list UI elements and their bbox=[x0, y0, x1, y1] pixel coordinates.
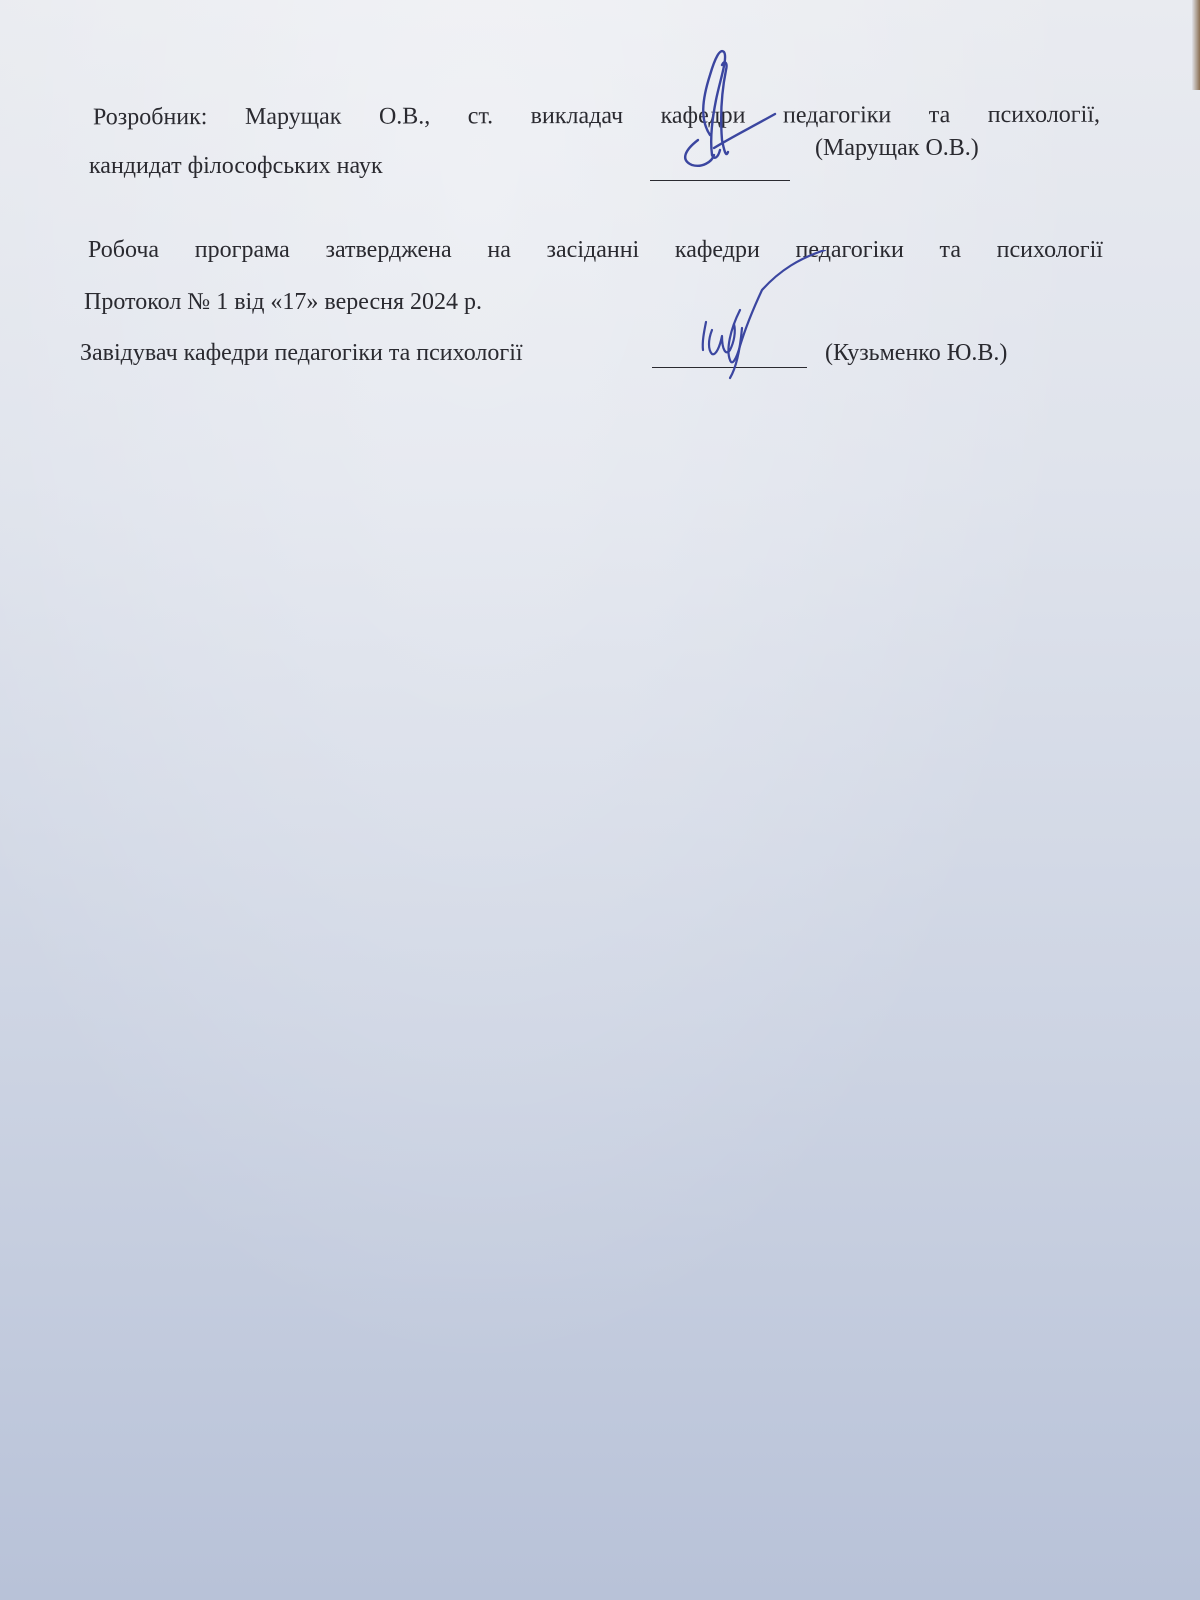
developer-line-1: Розробник: Марущак О.В., ст. викладач ка… bbox=[93, 101, 1100, 132]
word: та bbox=[929, 101, 951, 129]
head-name: (Кузьменко Ю.В.) bbox=[825, 339, 1007, 367]
word: психології bbox=[997, 236, 1103, 264]
word: психології, bbox=[988, 101, 1100, 129]
head-label: Завідувач кафедри педагогіки та психолог… bbox=[80, 339, 523, 367]
developer-signature bbox=[640, 40, 780, 180]
developer-line-2-label: кандидат філософських наук bbox=[89, 152, 383, 180]
word: ст. bbox=[468, 102, 493, 130]
word: програма bbox=[195, 236, 290, 264]
word: педагогіки bbox=[783, 101, 891, 129]
protocol-line: Протокол № 1 від «17» вересня 2024 р. bbox=[84, 288, 482, 316]
word: та bbox=[940, 236, 961, 264]
word: Робоча bbox=[88, 236, 159, 264]
word: на bbox=[487, 236, 511, 264]
head-signature bbox=[700, 250, 830, 380]
approval-line-1: Робоча програма затверджена на засіданні… bbox=[88, 236, 1103, 264]
word: затверджена bbox=[325, 236, 451, 264]
word: Марущак bbox=[245, 103, 342, 131]
word: О.В., bbox=[379, 102, 430, 130]
developer-name: (Марущак О.В.) bbox=[815, 134, 979, 162]
word: засіданні bbox=[547, 236, 640, 264]
word: Розробник: bbox=[93, 103, 208, 131]
word: викладач bbox=[531, 102, 624, 130]
paper-edge bbox=[1192, 0, 1200, 90]
